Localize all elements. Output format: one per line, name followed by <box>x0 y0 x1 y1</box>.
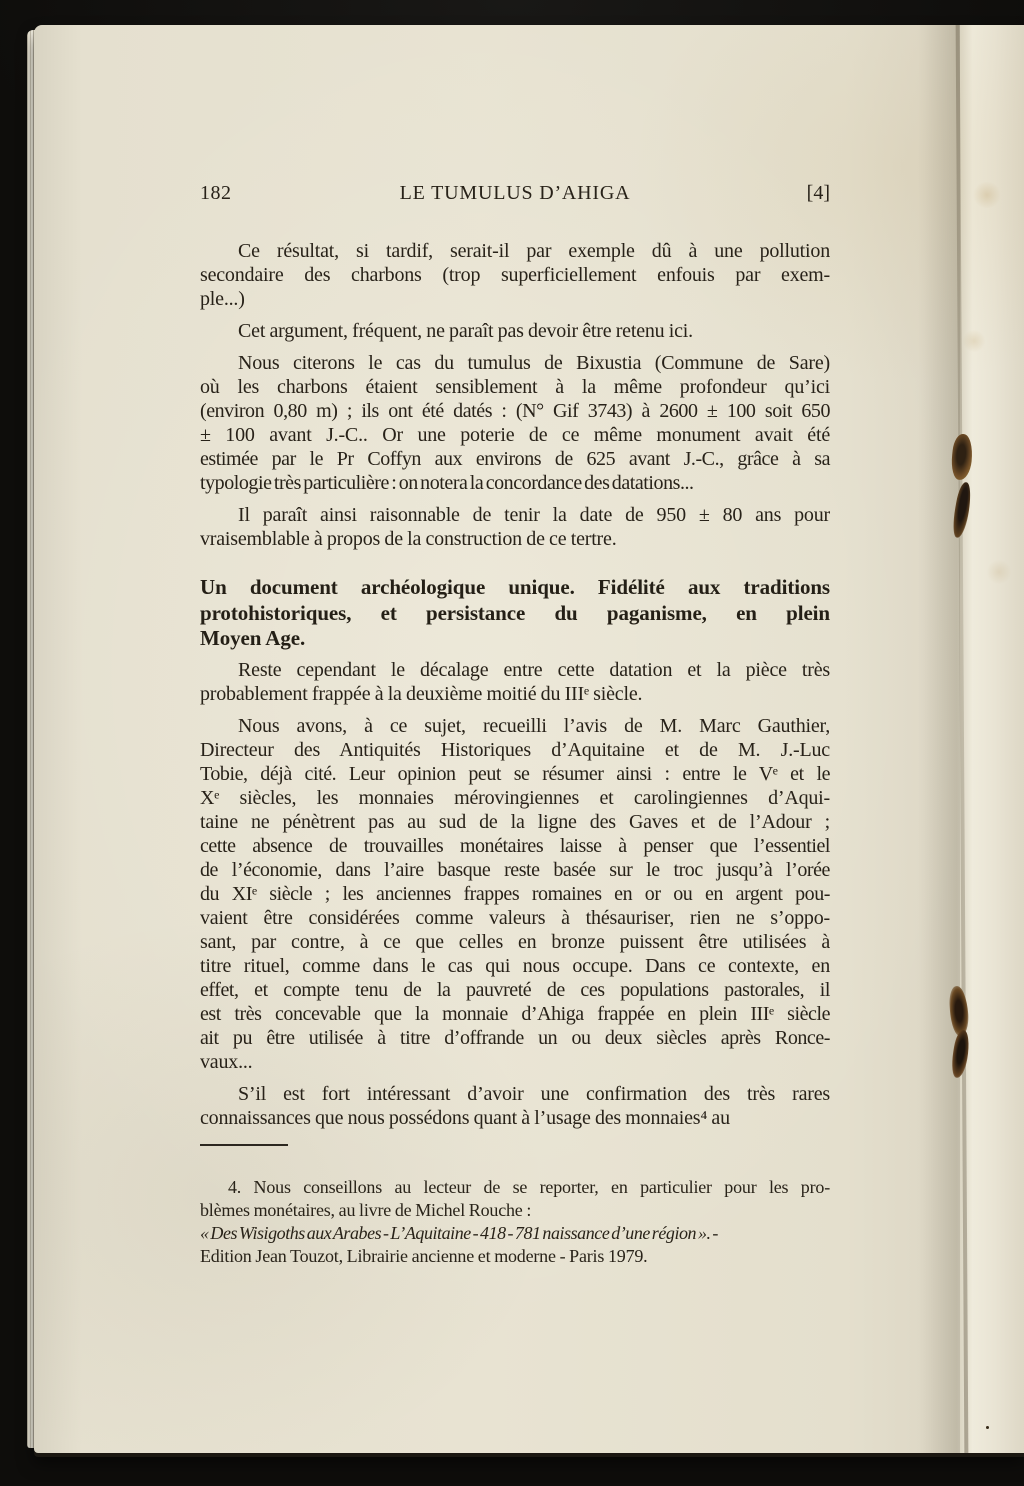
text-line: Moyen Age. <box>200 626 830 652</box>
text-line: Ce résultat, si tardif, serait-il par ex… <box>200 239 830 263</box>
section-heading: Un document archéologique unique. Fidéli… <box>200 575 830 652</box>
footnote-line: blèmes monétaires, au livre de Michel Ro… <box>200 1199 830 1222</box>
text-line: Il paraît ainsi raisonnable de tenir la … <box>200 503 830 527</box>
text-line: ± 100 avant J.-C.. Or une poterie de ce … <box>200 423 830 447</box>
text-line: vaient être considérées comme valeurs à … <box>200 906 830 930</box>
text-line: cette absence de trouvailles monétaires … <box>200 834 830 858</box>
page-header: 182 LE TUMULUS D’AHIGA [4] <box>200 182 830 205</box>
text-line: Xᵉ siècles, les monnaies mérovingiennes … <box>200 786 830 810</box>
paragraph: S’il est fort intéressant d’avoir une co… <box>200 1082 830 1130</box>
text-line: secondaire des charbons (trop superficie… <box>200 263 830 287</box>
text-line: Directeur des Antiquités Historiques d’A… <box>200 738 830 762</box>
footnote-separator <box>200 1144 288 1146</box>
running-title: LE TUMULUS D’AHIGA <box>310 182 720 205</box>
text-line: ait pu être utilisée à titre d’offrande … <box>200 1026 830 1050</box>
text-line: Tobie, déjà cité. Leur opinion peut se r… <box>200 762 830 786</box>
text-line: protohistoriques, et persistance du paga… <box>200 601 830 627</box>
text-line: titre rituel, comme dans le cas qui nous… <box>200 954 830 978</box>
footnote: 4. Nous conseillons au lecteur de se rep… <box>200 1176 830 1268</box>
paragraph: Ce résultat, si tardif, serait-il par ex… <box>200 239 830 311</box>
text-line: est très concevable que la monnaie d’Ahi… <box>200 1002 830 1026</box>
footnote-line: 4. Nous conseillons au lecteur de se rep… <box>200 1176 830 1199</box>
thread-blob <box>948 985 969 1036</box>
thread-blob <box>950 481 974 539</box>
text-line: Reste cependant le décalage entre cette … <box>200 658 830 682</box>
text-line: Nous citerons le cas du tumulus de Bixus… <box>200 351 830 375</box>
gutter-shadow <box>918 25 960 1453</box>
text-line: vaux... <box>200 1050 830 1074</box>
text-line: sant, par contre, à ce que celles en bro… <box>200 930 830 954</box>
thread-blob <box>949 1029 971 1079</box>
text-line: typologie très particulière : on notera … <box>200 471 830 495</box>
paragraph: Il paraît ainsi raisonnable de tenir la … <box>200 503 830 551</box>
footnote-line: Edition Jean Touzot, Librairie ancienne … <box>200 1245 830 1268</box>
book-scan-photo: 182 LE TUMULUS D’AHIGA [4] Ce résultat, … <box>0 0 1024 1486</box>
text-line: vraisemblable à propos de la constructio… <box>200 527 830 551</box>
binding-thread <box>948 986 976 1082</box>
page-number: 182 <box>200 182 310 205</box>
text-line: Nous avons, à ce sujet, recueilli l’avis… <box>200 714 830 738</box>
text-line: Cet argument, fréquent, ne paraît pas de… <box>200 319 830 343</box>
paper-speck <box>986 1426 989 1429</box>
folio-reference: [4] <box>720 182 830 205</box>
paragraph: Cet argument, fréquent, ne paraît pas de… <box>200 319 830 343</box>
binding-thread <box>949 434 977 542</box>
page-content: 182 LE TUMULUS D’AHIGA [4] Ce résultat, … <box>200 182 830 1268</box>
paragraph: Nous avons, à ce sujet, recueilli l’avis… <box>200 714 830 1074</box>
text-line: S’il est fort intéressant d’avoir une co… <box>200 1082 830 1106</box>
text-line: connaissances que nous possédons quant à… <box>200 1106 830 1130</box>
footnote-line: « Des Wisigoths aux Arabes - L’Aquitaine… <box>200 1222 830 1245</box>
text-line: probablement frappée à la deuxième moiti… <box>200 682 830 706</box>
thread-blob <box>950 433 975 481</box>
text-line: effet, et compte tenu de la pauvreté de … <box>200 978 830 1002</box>
text-line: du XIᵉ siècle ; les anciennes frappes ro… <box>200 882 830 906</box>
text-line: (environ 0,80 m) ; ils ont été datés : (… <box>200 399 830 423</box>
text-line: estimée par le Pr Coffyn aux environs de… <box>200 447 830 471</box>
text-blocks: Ce résultat, si tardif, serait-il par ex… <box>200 239 830 1130</box>
paper-stain <box>986 560 1012 584</box>
text-line: Un document archéologique unique. Fidéli… <box>200 575 830 601</box>
paper-stain <box>962 330 986 352</box>
paragraph: Reste cependant le décalage entre cette … <box>200 658 830 706</box>
paragraph: Nous citerons le cas du tumulus de Bixus… <box>200 351 830 495</box>
text-line: taine ne pénètrent pas au sud de la lign… <box>200 810 830 834</box>
text-line: de l’économie, dans l’aire basque reste … <box>200 858 830 882</box>
paper-stain <box>972 182 1002 208</box>
text-line: où les charbons étaient sensiblement à l… <box>200 375 830 399</box>
text-line: ple...) <box>200 287 830 311</box>
